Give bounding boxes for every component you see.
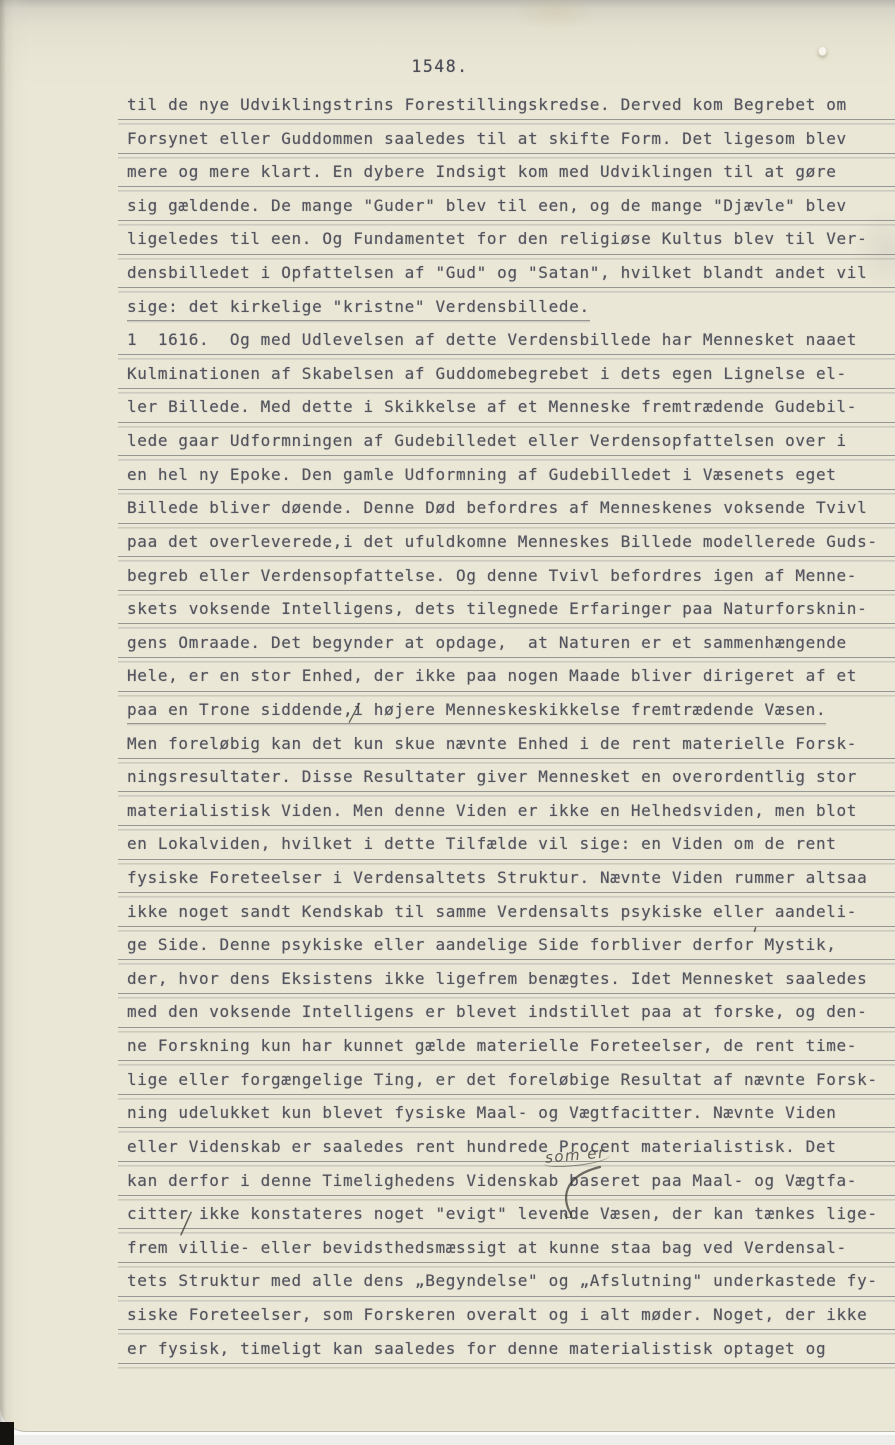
text-line-content: gens Omraade. Det begynder at opdage, at… xyxy=(127,633,847,652)
text-line-content: er fysisk, timeligt kan saaledes for den… xyxy=(127,1339,826,1358)
text-line-content: eller Videnskab er saaledes rent hundred… xyxy=(127,1137,837,1156)
typed-underscore-rule xyxy=(118,926,895,930)
text-line-content: ikke noget sandt Kendskab til samme Verd… xyxy=(127,902,857,921)
text-line-content: en Lokalviden, hvilket i dette Tilfælde … xyxy=(127,834,837,853)
paper-hole-mark xyxy=(818,46,827,56)
text-line-content: Forsynet eller Guddommen saaledes til at… xyxy=(127,129,847,148)
typed-underscore-rule xyxy=(118,1363,895,1367)
text-line-content: ning udelukket kun blevet fysiske Maal- … xyxy=(127,1103,837,1122)
text-line: densbilledet i Opfattelsen af "Gud" og "… xyxy=(127,258,895,292)
typed-underscore-rule xyxy=(118,1296,895,1300)
text-line-content: en hel ny Epoke. Den gamle Udformning af… xyxy=(127,465,837,484)
text-line: frem villie- eller bevidsthedsmæssigt at… xyxy=(127,1233,895,1267)
text-line-content: ligeledes til een. Og Fundamentet for de… xyxy=(127,229,867,248)
text-line: lige eller forgængelige Ting, er det for… xyxy=(127,1065,895,1099)
typed-underscore-rule xyxy=(118,153,895,157)
text-line-content: 1 1616. Og med Udlevelsen af dette Verde… xyxy=(127,330,857,349)
text-line: ne Forskning kun har kunnet gælde materi… xyxy=(127,1031,895,1065)
text-line-content: densbilledet i Opfattelsen af "Gud" og "… xyxy=(127,263,867,282)
typed-underscore-rule xyxy=(118,287,895,291)
text-line: sige: det kirkelige "kristne" Verdensbil… xyxy=(127,292,895,326)
text-line: ningsresultater. Disse Resultater giver … xyxy=(127,762,895,796)
text-line: Men foreløbig kan det kun skue nævnte En… xyxy=(127,729,895,763)
text-line-content: ge Side. Denne psykiske eller aandelige … xyxy=(127,935,837,954)
typed-underscore-rule xyxy=(118,388,895,392)
typed-underscore-rule xyxy=(118,186,895,190)
typed-underscore-rule xyxy=(118,1027,895,1031)
scanned-document-page: 1548. til de nye Udviklingstrins Foresti… xyxy=(0,0,895,1445)
text-line: med den voksende Intelligens er blevet i… xyxy=(127,997,895,1031)
text-line-content: Billede bliver døende. Denne Død befordr… xyxy=(127,498,867,517)
typed-underscore-rule xyxy=(118,254,895,258)
text-line: ikke noget sandt Kendskab til samme Verd… xyxy=(127,897,895,931)
typed-underscore-rule xyxy=(118,791,895,795)
text-line-content: citter ikke konstateres noget "evigt" le… xyxy=(127,1204,878,1223)
typed-underscore-rule xyxy=(118,1094,895,1098)
typed-underscore-rule xyxy=(118,455,895,459)
typed-underscore-rule xyxy=(118,691,895,695)
text-line-content: ne Forskning kun har kunnet gælde materi… xyxy=(127,1036,857,1055)
text-line: der, hvor dens Eksistens ikke ligefrem b… xyxy=(127,964,895,998)
text-line-content: frem villie- eller bevidsthedsmæssigt at… xyxy=(127,1238,847,1257)
text-line: siske Foreteelser, som Forskeren overalt… xyxy=(127,1300,895,1334)
typed-underscore-rule xyxy=(118,422,895,426)
text-line-content: siske Foreteelser, som Forskeren overalt… xyxy=(127,1305,867,1324)
typed-underscore-rule xyxy=(118,825,895,829)
scan-corner-black xyxy=(0,1422,14,1445)
typed-underscore-rule xyxy=(118,523,895,527)
text-line-content: paa en Trone siddende,i højere Menneskes… xyxy=(127,700,826,725)
text-line: lede gaar Udformningen af Gudebilledet e… xyxy=(127,426,895,460)
text-line-content: lede gaar Udformningen af Gudebilledet e… xyxy=(127,431,847,450)
text-line: materialistisk Viden. Men denne Viden er… xyxy=(127,796,895,830)
paper-sheet: 1548. til de nye Udviklingstrins Foresti… xyxy=(0,0,895,1432)
typed-underscore-rule xyxy=(118,1262,895,1266)
text-line: ge Side. Denne psykiske eller aandelige … xyxy=(127,930,895,964)
typed-underscore-rule xyxy=(118,1161,895,1165)
text-line: citter ikke konstateres noget "evigt" le… xyxy=(127,1199,895,1233)
page-number: 1548. xyxy=(0,57,880,76)
typed-underscore-rule xyxy=(118,993,895,997)
typed-underscore-rule xyxy=(118,859,895,863)
typed-underscore-rule xyxy=(118,119,895,123)
text-line: ligeledes til een. Og Fundamentet for de… xyxy=(127,224,895,258)
text-line: begreb eller Verdensopfattelse. Og denne… xyxy=(127,561,895,595)
text-line: til de nye Udviklingstrins Forestillings… xyxy=(127,90,895,124)
text-line-content: mere og mere klart. En dybere Indsigt ko… xyxy=(127,162,837,181)
text-line: paa det overleverede,i det ufuldkomne Me… xyxy=(127,527,895,561)
text-line: 1 1616. Og med Udlevelsen af dette Verde… xyxy=(127,325,895,359)
text-line: Forsynet eller Guddommen saaledes til at… xyxy=(127,124,895,158)
text-line-content: skets voksende Intelligens, dets tilegne… xyxy=(127,599,867,618)
text-line-content: sige: det kirkelige "kristne" Verdensbil… xyxy=(127,297,590,322)
typed-underscore-rule xyxy=(118,623,895,627)
typed-underscore-rule xyxy=(118,1329,895,1333)
text-line: Billede bliver døende. Denne Død befordr… xyxy=(127,493,895,527)
text-line-content: begreb eller Verdensopfattelse. Og denne… xyxy=(127,566,857,585)
text-line: en Lokalviden, hvilket i dette Tilfælde … xyxy=(127,829,895,863)
text-line-content: Men foreløbig kan det kun skue nævnte En… xyxy=(127,734,857,753)
typed-underscore-rule xyxy=(118,220,895,224)
text-line-content: der, hvor dens Eksistens ikke ligefrem b… xyxy=(127,969,867,988)
text-line-content: paa det overleverede,i det ufuldkomne Me… xyxy=(127,532,878,551)
text-line: en hel ny Epoke. Den gamle Udformning af… xyxy=(127,460,895,494)
text-line: fysiske Foreteelser i Verdensaltets Stru… xyxy=(127,863,895,897)
text-line: mere og mere klart. En dybere Indsigt ko… xyxy=(127,157,895,191)
text-line-content: Kulminationen af Skabelsen af Guddomebeg… xyxy=(127,364,847,383)
scanner-background xyxy=(0,1432,895,1445)
text-line-content: lige eller forgængelige Ting, er det for… xyxy=(127,1070,878,1089)
typed-underscore-rule xyxy=(118,489,895,493)
text-line-content: med den voksende Intelligens er blevet i… xyxy=(127,1002,867,1021)
text-line: ler Billede. Med dette i Skikkelse af et… xyxy=(127,392,895,426)
text-line-content: ler Billede. Med dette i Skikkelse af et… xyxy=(127,397,857,416)
text-line: kan derfor i denne Timelighedens Vidensk… xyxy=(127,1166,895,1200)
text-line: gens Omraade. Det begynder at opdage, at… xyxy=(127,628,895,662)
text-line-content: tets Struktur med alle dens „Begyndelse"… xyxy=(127,1271,878,1290)
typed-underscore-rule xyxy=(118,1195,895,1199)
typed-underscore-rule xyxy=(118,556,895,560)
text-line: Hele, er en stor Enhed, der ikke paa nog… xyxy=(127,661,895,695)
text-line: sig gældende. De mange "Guder" blev til … xyxy=(127,191,895,225)
text-line-content: til de nye Udviklingstrins Forestillings… xyxy=(127,95,847,114)
typed-underscore-rule xyxy=(118,1060,895,1064)
typed-underscore-rule xyxy=(118,354,895,358)
typed-underscore-rule xyxy=(118,892,895,896)
typed-underscore-rule xyxy=(118,758,895,762)
typed-underscore-rule xyxy=(118,1127,895,1131)
typed-underscore-rule xyxy=(118,959,895,963)
typed-underscore-rule xyxy=(118,590,895,594)
typed-underscore-rule xyxy=(118,1228,895,1232)
text-line: ning udelukket kun blevet fysiske Maal- … xyxy=(127,1098,895,1132)
insertion-caret-stroke xyxy=(538,1156,608,1218)
text-line: eller Videnskab er saaledes rent hundred… xyxy=(127,1132,895,1166)
text-line: paa en Trone siddende,i højere Menneskes… xyxy=(127,695,895,729)
typewritten-text-body: til de nye Udviklingstrins Forestillings… xyxy=(127,90,895,1367)
text-line: tets Struktur med alle dens „Begyndelse"… xyxy=(127,1266,895,1300)
text-line: Kulminationen af Skabelsen af Guddomebeg… xyxy=(127,359,895,393)
typed-underscore-rule xyxy=(118,657,895,661)
text-line: er fysisk, timeligt kan saaledes for den… xyxy=(127,1334,895,1368)
text-line-content: ningsresultater. Disse Resultater giver … xyxy=(127,767,857,786)
text-line-content: kan derfor i denne Timelighedens Vidensk… xyxy=(127,1171,857,1190)
text-line-content: fysiske Foreteelser i Verdensaltets Stru… xyxy=(127,868,867,887)
paper-left-edge-shadow xyxy=(0,0,6,1432)
text-line: skets voksende Intelligens, dets tilegne… xyxy=(127,594,895,628)
text-line-content: materialistisk Viden. Men denne Viden er… xyxy=(127,801,857,820)
text-line-content: Hele, er en stor Enhed, der ikke paa nog… xyxy=(127,666,857,685)
text-line-content: sig gældende. De mange "Guder" blev til … xyxy=(127,196,847,215)
